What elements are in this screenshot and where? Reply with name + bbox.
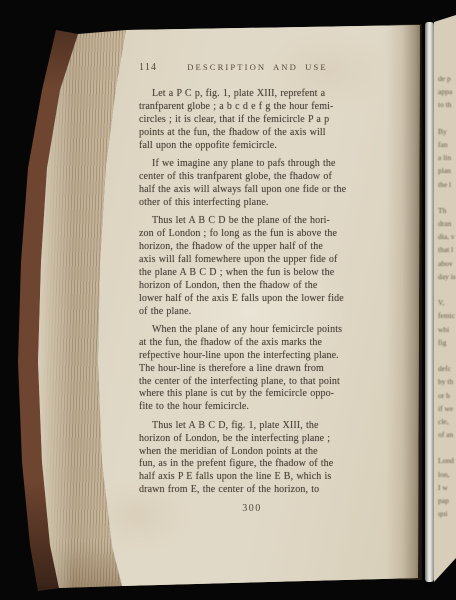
fragment-line bbox=[438, 441, 456, 454]
fold-highlight-strip bbox=[425, 22, 434, 582]
fragment-line: lon, bbox=[438, 468, 456, 481]
body-text: Let a P C p, fig. 1, plate XIII, reprefe… bbox=[139, 88, 365, 497]
footer-number: 300 bbox=[139, 503, 365, 514]
page-number: 114 bbox=[139, 62, 157, 73]
fragment-line: that l bbox=[438, 243, 456, 256]
fragment-line: cle, bbox=[438, 415, 456, 428]
page-text-block: 114 DESCRIPTION AND USE Let a P C p, fig… bbox=[139, 62, 365, 514]
fragment-line: fig bbox=[438, 336, 456, 349]
fragment-line: Th bbox=[438, 204, 456, 217]
fragment-line: if we bbox=[438, 402, 456, 415]
fragment-line: plan bbox=[438, 164, 456, 177]
paragraph: When the plane of any hour femicircle po… bbox=[139, 324, 365, 414]
fragment-line: to th bbox=[438, 98, 456, 111]
fragment-line: a lin bbox=[438, 151, 456, 164]
running-title: DESCRIPTION AND USE bbox=[187, 62, 327, 72]
page-header: 114 DESCRIPTION AND USE bbox=[139, 62, 365, 77]
fragment-line: pap bbox=[438, 494, 456, 507]
fragment-line: qui bbox=[438, 507, 456, 520]
fragment-line bbox=[438, 349, 456, 362]
paragraph: Thus let A B C D, fig. 1, plate XIII, th… bbox=[139, 420, 365, 497]
fragment-line: dran bbox=[438, 217, 456, 230]
fragment-line: abov bbox=[438, 257, 456, 270]
facing-fragments: de pappato thByfana linplanthe lThdrandi… bbox=[438, 72, 456, 542]
fragment-line: or b bbox=[438, 389, 456, 402]
fragment-line: de p bbox=[438, 72, 456, 85]
paragraph: Let a P C p, fig. 1, plate XIII, reprefe… bbox=[139, 88, 365, 153]
fragment-line: defc bbox=[438, 362, 456, 375]
fragment-line: I w bbox=[438, 481, 456, 494]
fragment-line: dia, v bbox=[438, 230, 456, 243]
fragment-line: By bbox=[438, 125, 456, 138]
book-photo: de pappato thByfana linplanthe lThdrandi… bbox=[0, 0, 456, 600]
fragment-line: the l bbox=[438, 178, 456, 191]
fragment-line: of an bbox=[438, 428, 456, 441]
fragment-line bbox=[438, 191, 456, 204]
fragment-line: fan bbox=[438, 138, 456, 151]
fragment-line bbox=[438, 283, 456, 296]
page-gutter-shadow bbox=[386, 24, 422, 580]
fragment-line: femic bbox=[438, 309, 456, 322]
fragment-line: by th bbox=[438, 375, 456, 388]
fragment-line: whi bbox=[438, 323, 456, 336]
fragment-line: appa bbox=[438, 85, 456, 98]
fragment-line bbox=[438, 112, 456, 125]
paragraph: If we imagine any plane to pafs through … bbox=[139, 158, 365, 210]
fragment-line: day is bbox=[438, 270, 456, 283]
fragment-line: V, bbox=[438, 296, 456, 309]
paragraph: Thus let A B C D be the plane of the hor… bbox=[139, 215, 365, 318]
fragment-line: Lond bbox=[438, 454, 456, 467]
